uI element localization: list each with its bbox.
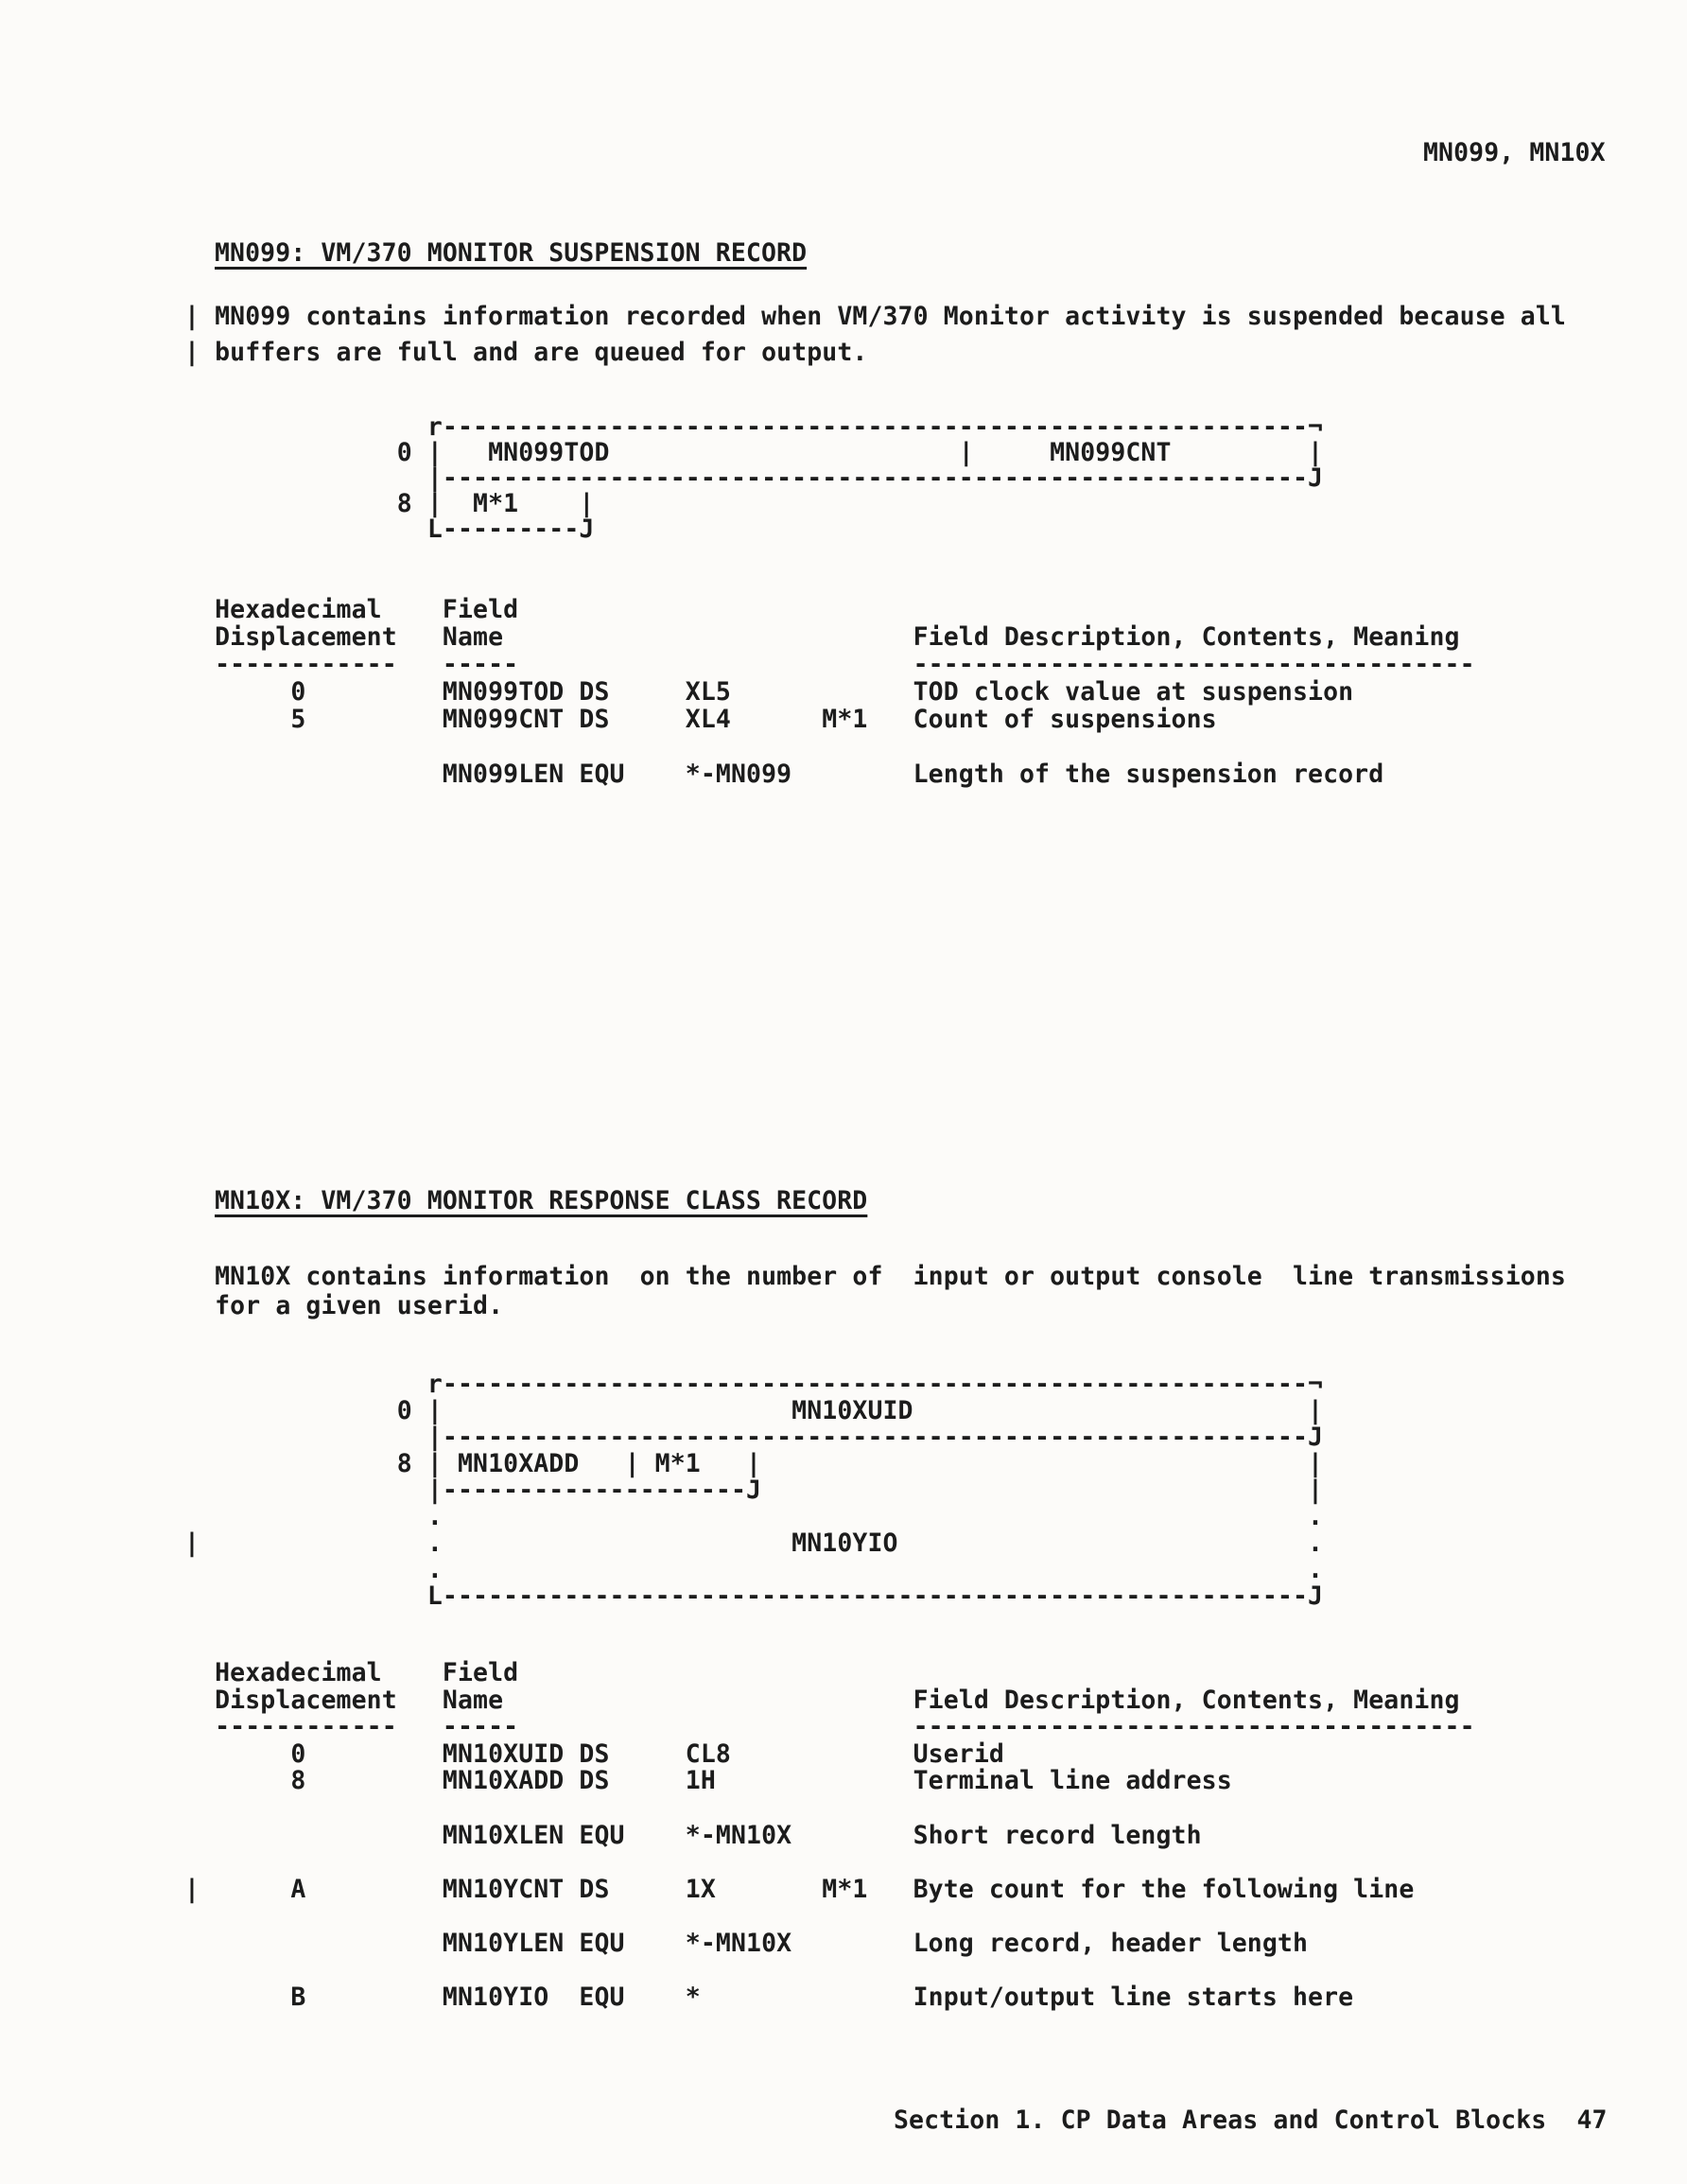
mn099-record-layout-diagram: r---------------------------------------… — [184, 414, 1323, 542]
mn099-description-paragraph: | MN099 contains information recorded wh… — [184, 299, 1566, 371]
page-footer: Section 1. CP Data Areas and Control Blo… — [894, 2105, 1608, 2135]
page-header-ref: MN099, MN10X — [1423, 138, 1606, 167]
mn099-field-table: Hexadecimal Field Displacement Name Fiel… — [184, 596, 1475, 788]
mn10x-section-heading: MN10X: VM/370 MONITOR RESPONSE CLASS REC… — [215, 1187, 867, 1215]
mn10x-record-layout-diagram: r---------------------------------------… — [184, 1372, 1323, 1610]
mn10x-field-table: Hexadecimal Field Displacement Name Fiel… — [184, 1660, 1475, 2012]
mn10x-description-paragraph: MN10X contains information on the number… — [184, 1262, 1566, 1320]
mn099-section-heading: MN099: VM/370 MONITOR SUSPENSION RECORD — [215, 239, 807, 268]
